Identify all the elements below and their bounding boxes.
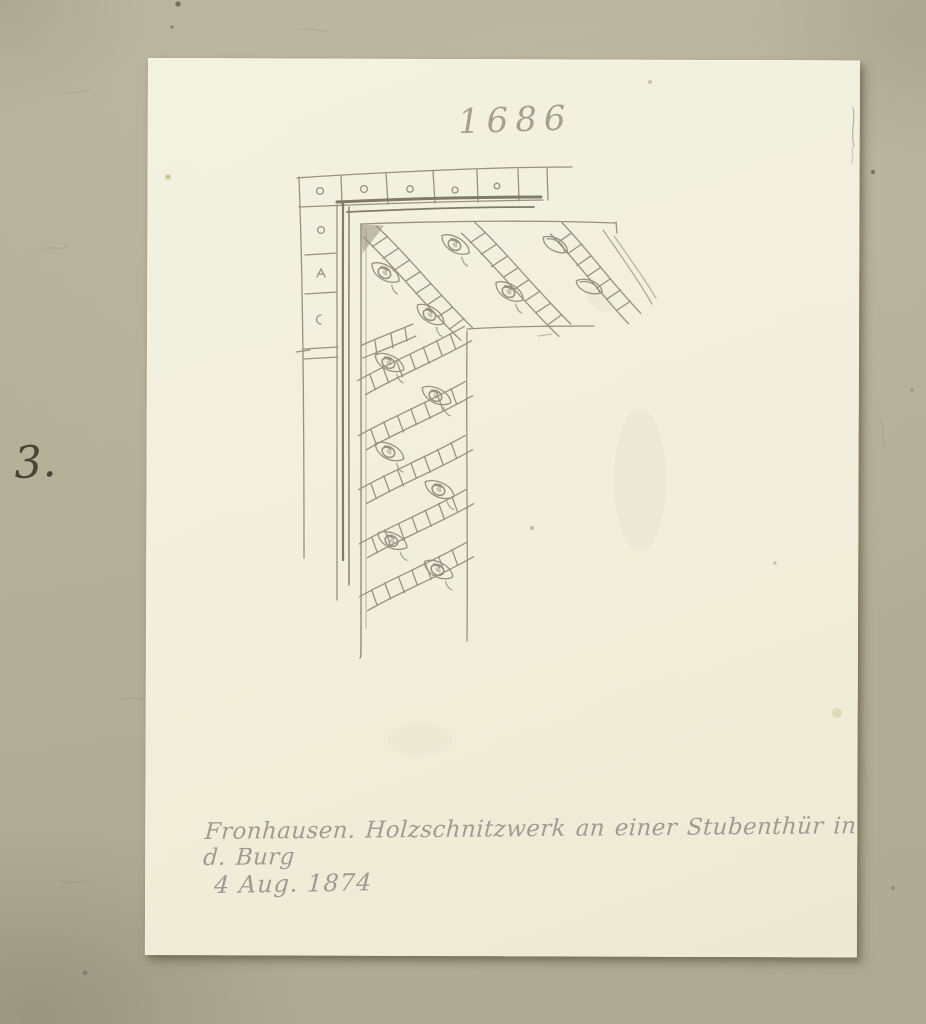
archival-scan: 1686 Fronhausen. Holzschnitzwerk an eine… xyxy=(0,0,926,1024)
mount-page-number: 3. xyxy=(13,434,96,489)
caption-date: 4 Aug. 1874 xyxy=(213,867,454,899)
sheet-inventory-number: 1686 xyxy=(457,98,588,143)
caption-title: Fronhausen. Holzschnitzwerk an einer Stu… xyxy=(202,813,885,871)
